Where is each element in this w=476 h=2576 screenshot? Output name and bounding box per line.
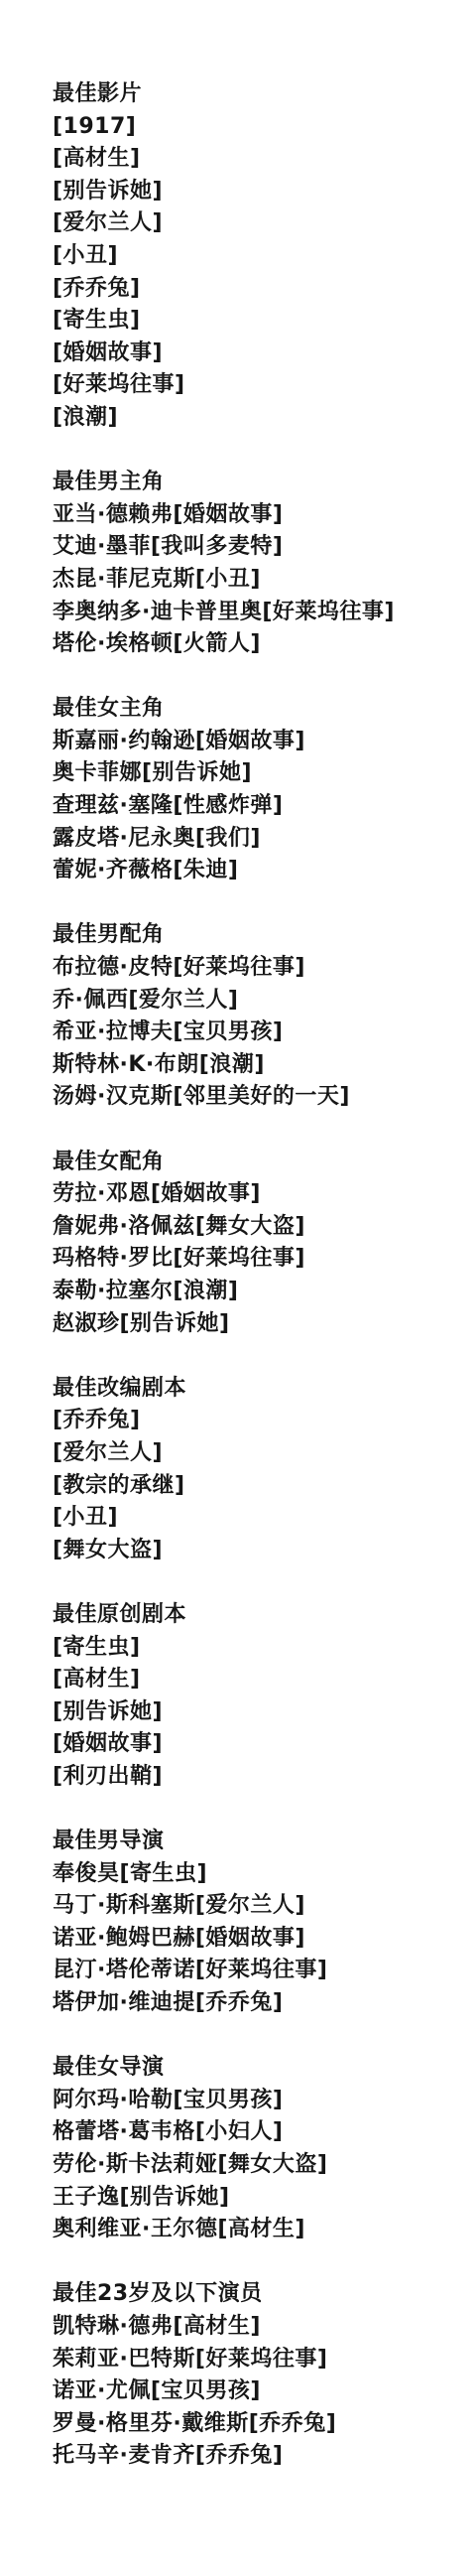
nominee-item: [1917] xyxy=(53,111,458,144)
award-section: 最佳女主角斯嘉丽·约翰逊[婚姻故事]奥卡菲娜[别告诉她]查理兹·塞隆[性感炸弹]… xyxy=(53,693,458,887)
nominee-item: [爱尔兰人] xyxy=(53,207,458,240)
nominee-item: 杰昆·菲尼克斯[小丑] xyxy=(53,564,458,597)
nominee-item: [寄生虫] xyxy=(53,1632,458,1665)
nominee-item: 诺亚·尤佩[宝贝男孩] xyxy=(53,2375,458,2408)
nominee-item: 斯特林·K·布朗[浪潮] xyxy=(53,1049,458,1082)
nominee-item: 蕾妮·齐薇格[朱迪] xyxy=(53,855,458,887)
nominee-item: 詹妮弗·洛佩兹[舞女大盗] xyxy=(53,1211,458,1244)
nominee-item: 李奥纳多·迪卡普里奥[好莱坞往事] xyxy=(53,597,458,629)
nominee-item: [浪潮] xyxy=(53,402,458,435)
nominee-item: [高材生] xyxy=(53,1664,458,1696)
award-section: 最佳23岁及以下演员凯特琳·德弗[高材生]茱莉亚·巴特斯[好莱坞往事]诺亚·尤佩… xyxy=(53,2278,458,2473)
nominee-item: [小丑] xyxy=(53,240,458,273)
nominee-item: 马丁·斯科塞斯[爱尔兰人] xyxy=(53,1890,458,1923)
nominee-item: 泰勒·拉塞尔[浪潮] xyxy=(53,1276,458,1308)
nominee-item: 奥利维亚·王尔德[高材生] xyxy=(53,2214,458,2246)
nominee-item: [好莱坞往事] xyxy=(53,369,458,402)
award-category-title: 最佳男导演 xyxy=(53,1826,458,1858)
nominee-item: 布拉德·皮特[好莱坞往事] xyxy=(53,952,458,985)
award-category-title: 最佳女主角 xyxy=(53,693,458,726)
award-category-title: 最佳改编剧本 xyxy=(53,1373,458,1406)
nominee-item: 艾迪·墨菲[我叫多麦特] xyxy=(53,531,458,564)
nominee-item: [婚姻故事] xyxy=(53,338,458,370)
nominee-item: [别告诉她] xyxy=(53,1696,458,1729)
nominee-item: 阿尔玛·哈勒[宝贝男孩] xyxy=(53,2085,458,2117)
nominee-item: 塔伦·埃格顿[火箭人] xyxy=(53,628,458,661)
nominee-item: 奉俊昊[寄生虫] xyxy=(53,1858,458,1891)
nominee-item: 茱莉亚·巴特斯[好莱坞往事] xyxy=(53,2344,458,2376)
nominee-item: 露皮塔·尼永奥[我们] xyxy=(53,823,458,856)
nominations-list: 最佳影片[1917][高材生][别告诉她][爱尔兰人][小丑][乔乔兔][寄生虫… xyxy=(0,0,476,2473)
nominee-item: 乔·佩西[爱尔兰人] xyxy=(53,985,458,1017)
award-category-title: 最佳23岁及以下演员 xyxy=(53,2278,458,2311)
nominee-item: [乔乔兔] xyxy=(53,1405,458,1437)
award-category-title: 最佳女配角 xyxy=(53,1147,458,1179)
nominee-item: 托马辛·麦肯齐[乔乔兔] xyxy=(53,2440,458,2473)
nominee-item: 格蕾塔·葛韦格[小妇人] xyxy=(53,2116,458,2149)
nominee-item: 罗曼·格里芬·戴维斯[乔乔兔] xyxy=(53,2408,458,2441)
award-section: 最佳改编剧本[乔乔兔][爱尔兰人][教宗的承继][小丑][舞女大盗] xyxy=(53,1373,458,1567)
nominee-item: 昆汀·塔伦蒂诺[好莱坞往事] xyxy=(53,1955,458,1987)
award-category-title: 最佳男配角 xyxy=(53,919,458,952)
nominee-item: [乔乔兔] xyxy=(53,273,458,306)
nominee-item: 奥卡菲娜[别告诉她] xyxy=(53,757,458,790)
nominee-item: 汤姆·汉克斯[邻里美好的一天] xyxy=(53,1081,458,1114)
award-category-title: 最佳女导演 xyxy=(53,2052,458,2085)
award-section: 最佳女配角劳拉·邓恩[婚姻故事]詹妮弗·洛佩兹[舞女大盗]玛格特·罗比[好莱坞往… xyxy=(53,1147,458,1341)
nominee-item: [别告诉她] xyxy=(53,176,458,208)
nominee-item: [舞女大盗] xyxy=(53,1535,458,1567)
nominee-item: 劳拉·邓恩[婚姻故事] xyxy=(53,1178,458,1211)
award-section: 最佳影片[1917][高材生][别告诉她][爱尔兰人][小丑][乔乔兔][寄生虫… xyxy=(53,78,458,435)
award-category-title: 最佳影片 xyxy=(53,78,458,111)
nominee-item: 诺亚·鲍姆巴赫[婚姻故事] xyxy=(53,1923,458,1956)
nominee-item: 亚当·德赖弗[婚姻故事] xyxy=(53,499,458,532)
nominee-item: 塔伊加·维迪提[乔乔兔] xyxy=(53,1987,458,2020)
nominee-item: [利刃出鞘] xyxy=(53,1761,458,1794)
nominee-item: 玛格特·罗比[好莱坞往事] xyxy=(53,1243,458,1276)
award-section: 最佳男导演奉俊昊[寄生虫]马丁·斯科塞斯[爱尔兰人]诺亚·鲍姆巴赫[婚姻故事]昆… xyxy=(53,1826,458,2020)
nominee-item: 赵淑珍[别告诉她] xyxy=(53,1308,458,1341)
nominee-item: [高材生] xyxy=(53,143,458,176)
nominee-item: 查理兹·塞隆[性感炸弹] xyxy=(53,790,458,823)
nominee-item: 王子逸[别告诉她] xyxy=(53,2182,458,2215)
nominee-item: 凯特琳·德弗[高材生] xyxy=(53,2311,458,2344)
nominee-item: [教宗的承继] xyxy=(53,1470,458,1503)
nominee-item: 希亚·拉博夫[宝贝男孩] xyxy=(53,1017,458,1049)
award-category-title: 最佳男主角 xyxy=(53,467,458,499)
award-section: 最佳男主角亚当·德赖弗[婚姻故事]艾迪·墨菲[我叫多麦特]杰昆·菲尼克斯[小丑]… xyxy=(53,467,458,661)
award-section: 最佳女导演阿尔玛·哈勒[宝贝男孩]格蕾塔·葛韦格[小妇人]劳伦·斯卡法莉娅[舞女… xyxy=(53,2052,458,2246)
nominee-item: 劳伦·斯卡法莉娅[舞女大盗] xyxy=(53,2149,458,2182)
nominee-item: 斯嘉丽·约翰逊[婚姻故事] xyxy=(53,726,458,758)
nominee-item: [寄生虫] xyxy=(53,305,458,338)
award-section: 最佳男配角布拉德·皮特[好莱坞往事]乔·佩西[爱尔兰人]希亚·拉博夫[宝贝男孩]… xyxy=(53,919,458,1114)
nominee-item: [爱尔兰人] xyxy=(53,1437,458,1470)
award-section: 最佳原创剧本[寄生虫][高材生][别告诉她][婚姻故事][利刃出鞘] xyxy=(53,1599,458,1794)
nominee-item: [小丑] xyxy=(53,1502,458,1535)
award-category-title: 最佳原创剧本 xyxy=(53,1599,458,1632)
nominee-item: [婚姻故事] xyxy=(53,1728,458,1761)
